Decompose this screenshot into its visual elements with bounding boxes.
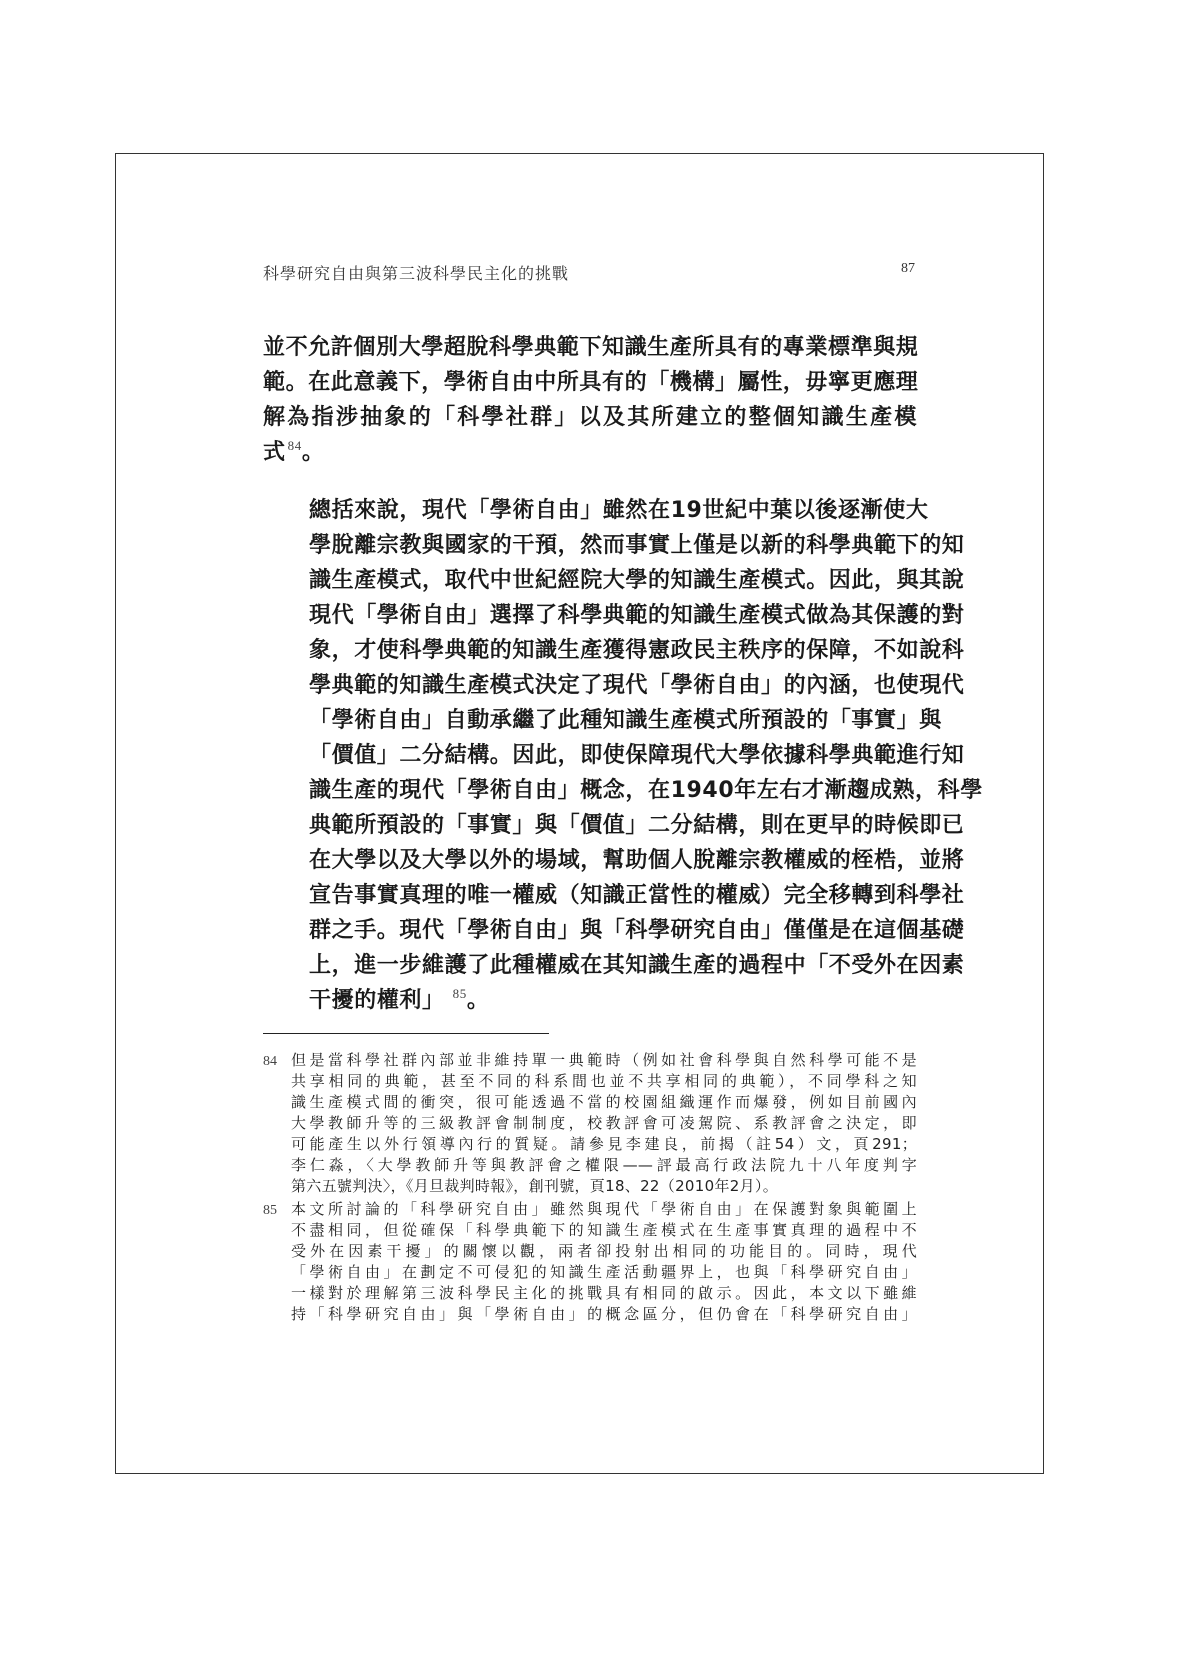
text-line: 干擾的權利」85。 (263, 983, 917, 1018)
text-line: 典範所預設的「事實」與「價值」二分結構，則在更早的時候即已 (263, 808, 917, 843)
text-line: 「價值」二分結構。因此，即使保障現代大學依據科學典範進行知 (263, 738, 917, 773)
text-line: 學典範的知識生產模式決定了現代「學術自由」的內涵，也使現代 (263, 668, 917, 703)
text-line: 宣告事實真理的唯一權威（知識正當性的權威）完全移轉到科學社 (263, 878, 917, 913)
page-number: 87 (901, 261, 915, 277)
text-line: 「學術自由」自動承繼了此種知識生產模式所預設的「事實」與 (263, 703, 917, 738)
running-title: 科學研究自由與第三波科學民主化的挑戰 (263, 261, 569, 284)
paragraph-1: 並不允許個別大學超脫科學典範下知識生產所具有的專業標準與規 範。在此意義下，學術… (263, 330, 917, 470)
footnote-84: 84 但是當科學社群內部並非維持單一典範時（例如社會科學與自然科學可能不是 共享… (263, 1050, 917, 1197)
paragraph-2: 總括來說，現代「學術自由」雖然在19世紀中葉以後逐漸使大 學脫離宗教與國家的干預… (263, 493, 917, 1018)
text-line: 上，進一步維護了此種權威在其知識生產的過程中「不受外在因素 (263, 948, 917, 983)
footnote-ref-84[interactable]: 84 (288, 438, 302, 453)
footnote-line: 一樣對於理解第三波科學民主化的挑戰具有相同的啟示。因此，本文以下雖維 (291, 1283, 917, 1304)
text-line: 解為指涉抽象的「科學社群」以及其所建立的整個知識生產模 (263, 400, 917, 435)
body-text: 並不允許個別大學超脫科學典範下知識生產所具有的專業標準與規 範。在此意義下，學術… (263, 330, 917, 1018)
text-line: 總括來說，現代「學術自由」雖然在19世紀中葉以後逐漸使大 (263, 493, 917, 528)
footnote-number: 85 (263, 1200, 277, 1221)
text-line: 學脫離宗教與國家的干預，然而事實上僅是以新的科學典範下的知 (263, 528, 917, 563)
text-line: 式84。 (263, 435, 917, 470)
running-header: 科學研究自由與第三波科學民主化的挑戰 87 (263, 261, 915, 285)
text-line: 識生產模式，取代中世紀經院大學的知識生產模式。因此，與其說 (263, 563, 917, 598)
footnote-line: 持「科學研究自由」與「學術自由」的概念區分，但仍會在「科學研究自由」 (291, 1304, 917, 1325)
footnote-line: 共享相同的典範，甚至不同的科系間也並不共享相同的典範），不同學科之知 (291, 1071, 917, 1092)
text-line: 識生產的現代「學術自由」概念，在1940年左右才漸趨成熟，科學 (263, 773, 917, 808)
footnote-line: 「學術自由」在劃定不可侵犯的知識生產活動疆界上，也與「科學研究自由」 (291, 1262, 917, 1283)
footnote-line: 識生產模式間的衝突，很可能透過不當的校園組織運作而爆發，例如目前國內 (291, 1092, 917, 1113)
footnote-line: 不盡相同，但從確保「科學典範下的知識生產模式在生產事實真理的過程中不 (291, 1220, 917, 1241)
text-fragment: 。 (467, 988, 490, 1013)
footnote-line: 李仁淼，〈大學教師升等與教評會之權限——評最高行政法院九十八年度判字 (291, 1155, 917, 1176)
text-fragment: 式 (263, 440, 286, 465)
text-line: 在大學以及大學以外的場域，幫助個人脫離宗教權威的桎梏，並將 (263, 843, 917, 878)
footnote-line: 可能產生以外行領導內行的質疑。請參見李建良，前揭（註54）文，頁291； (291, 1134, 917, 1155)
footnote-line: 本文所討論的「科學研究自由」雖然與現代「學術自由」在保護對象與範圍上 (291, 1199, 917, 1220)
text-line: 並不允許個別大學超脫科學典範下知識生產所具有的專業標準與規 (263, 330, 917, 365)
text-line: 象，才使科學典範的知識生產獲得憲政民主秩序的保障，不如說科 (263, 633, 917, 668)
footnote-number: 84 (263, 1051, 277, 1072)
text-fragment: 。 (302, 440, 325, 465)
footnote-line: 但是當科學社群內部並非維持單一典範時（例如社會科學與自然科學可能不是 (291, 1050, 917, 1071)
footnote-line: 受外在因素干擾」的關懷以觀，兩者卻投射出相同的功能目的。同時，現代 (291, 1241, 917, 1262)
footnote-85: 85 本文所討論的「科學研究自由」雖然與現代「學術自由」在保護對象與範圍上 不盡… (263, 1199, 917, 1325)
footnotes: 84 但是當科學社群內部並非維持單一典範時（例如社會科學與自然科學可能不是 共享… (263, 1050, 917, 1327)
text-line: 範。在此意義下，學術自由中所具有的「機構」屬性，毋寧更應理 (263, 365, 917, 400)
footnote-divider (263, 1033, 549, 1034)
footnote-line: 第六五號判決〉，《月旦裁判時報》，創刊號，頁18、22（2010年2月）。 (291, 1176, 917, 1197)
text-line: 現代「學術自由」選擇了科學典範的知識生產模式做為其保護的對 (263, 598, 917, 633)
text-line: 群之手。現代「學術自由」與「科學研究自由」僅僅是在這個基礎 (263, 913, 917, 948)
footnote-ref-85[interactable]: 85 (453, 986, 467, 1001)
text-fragment: 干擾的權利」 (309, 988, 445, 1013)
footnote-line: 大學教師升等的三級教評會制制度，校教評會可凌駕院、系教評會之決定，即 (291, 1113, 917, 1134)
